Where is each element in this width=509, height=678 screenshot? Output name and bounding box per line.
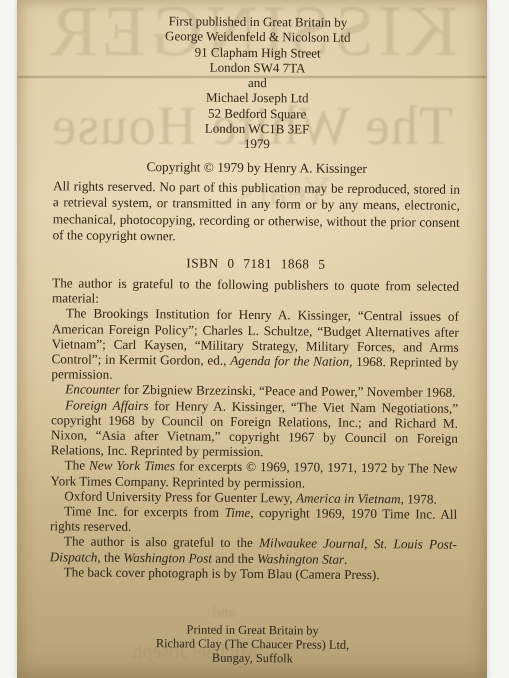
copyright-line: Copyright © 1979 by Henry A. Kissinger <box>53 158 460 178</box>
colophon-block: Printed in Great Britain by Richard Clay… <box>49 622 456 667</box>
ack-item-time-inc: Time Inc. for excerpts from Time, copyri… <box>50 503 457 537</box>
isbn-line: ISBN 0 7181 1868 5 <box>52 254 459 274</box>
acknowledgments-block: The author is grateful to the following … <box>50 275 460 583</box>
acknowledgments-intro: The author is grateful to the following … <box>52 275 459 309</box>
ack-item-new-york-times: The New York Times for excerpts © 1969, … <box>50 458 457 492</box>
ack-item-back-cover-photo: The back cover photograph is by Tom Blau… <box>50 564 457 583</box>
imprint-line-year: 1979 <box>53 135 460 154</box>
ack-item-foreign-affairs: Foreign Affairs for Henry A. Kissinger, … <box>51 397 459 461</box>
rights-notice: All rights reserved. No part of this pub… <box>53 178 461 247</box>
ack-item-brookings: The Brookings Institution for Henry A. K… <box>51 306 459 386</box>
printed-content: First published in Great Britain by Geor… <box>17 0 487 678</box>
colophon-line-location: Bungay, Suffolk <box>49 650 456 667</box>
ack-item-newspapers: The author is also grateful to the Milwa… <box>50 534 457 568</box>
book-copyright-page: KISSINGER The White House Years and Mich… <box>17 0 487 678</box>
photo-backdrop: KISSINGER The White House Years and Mich… <box>0 0 509 678</box>
imprint-block: First published in Great Britain by Geor… <box>53 12 461 153</box>
